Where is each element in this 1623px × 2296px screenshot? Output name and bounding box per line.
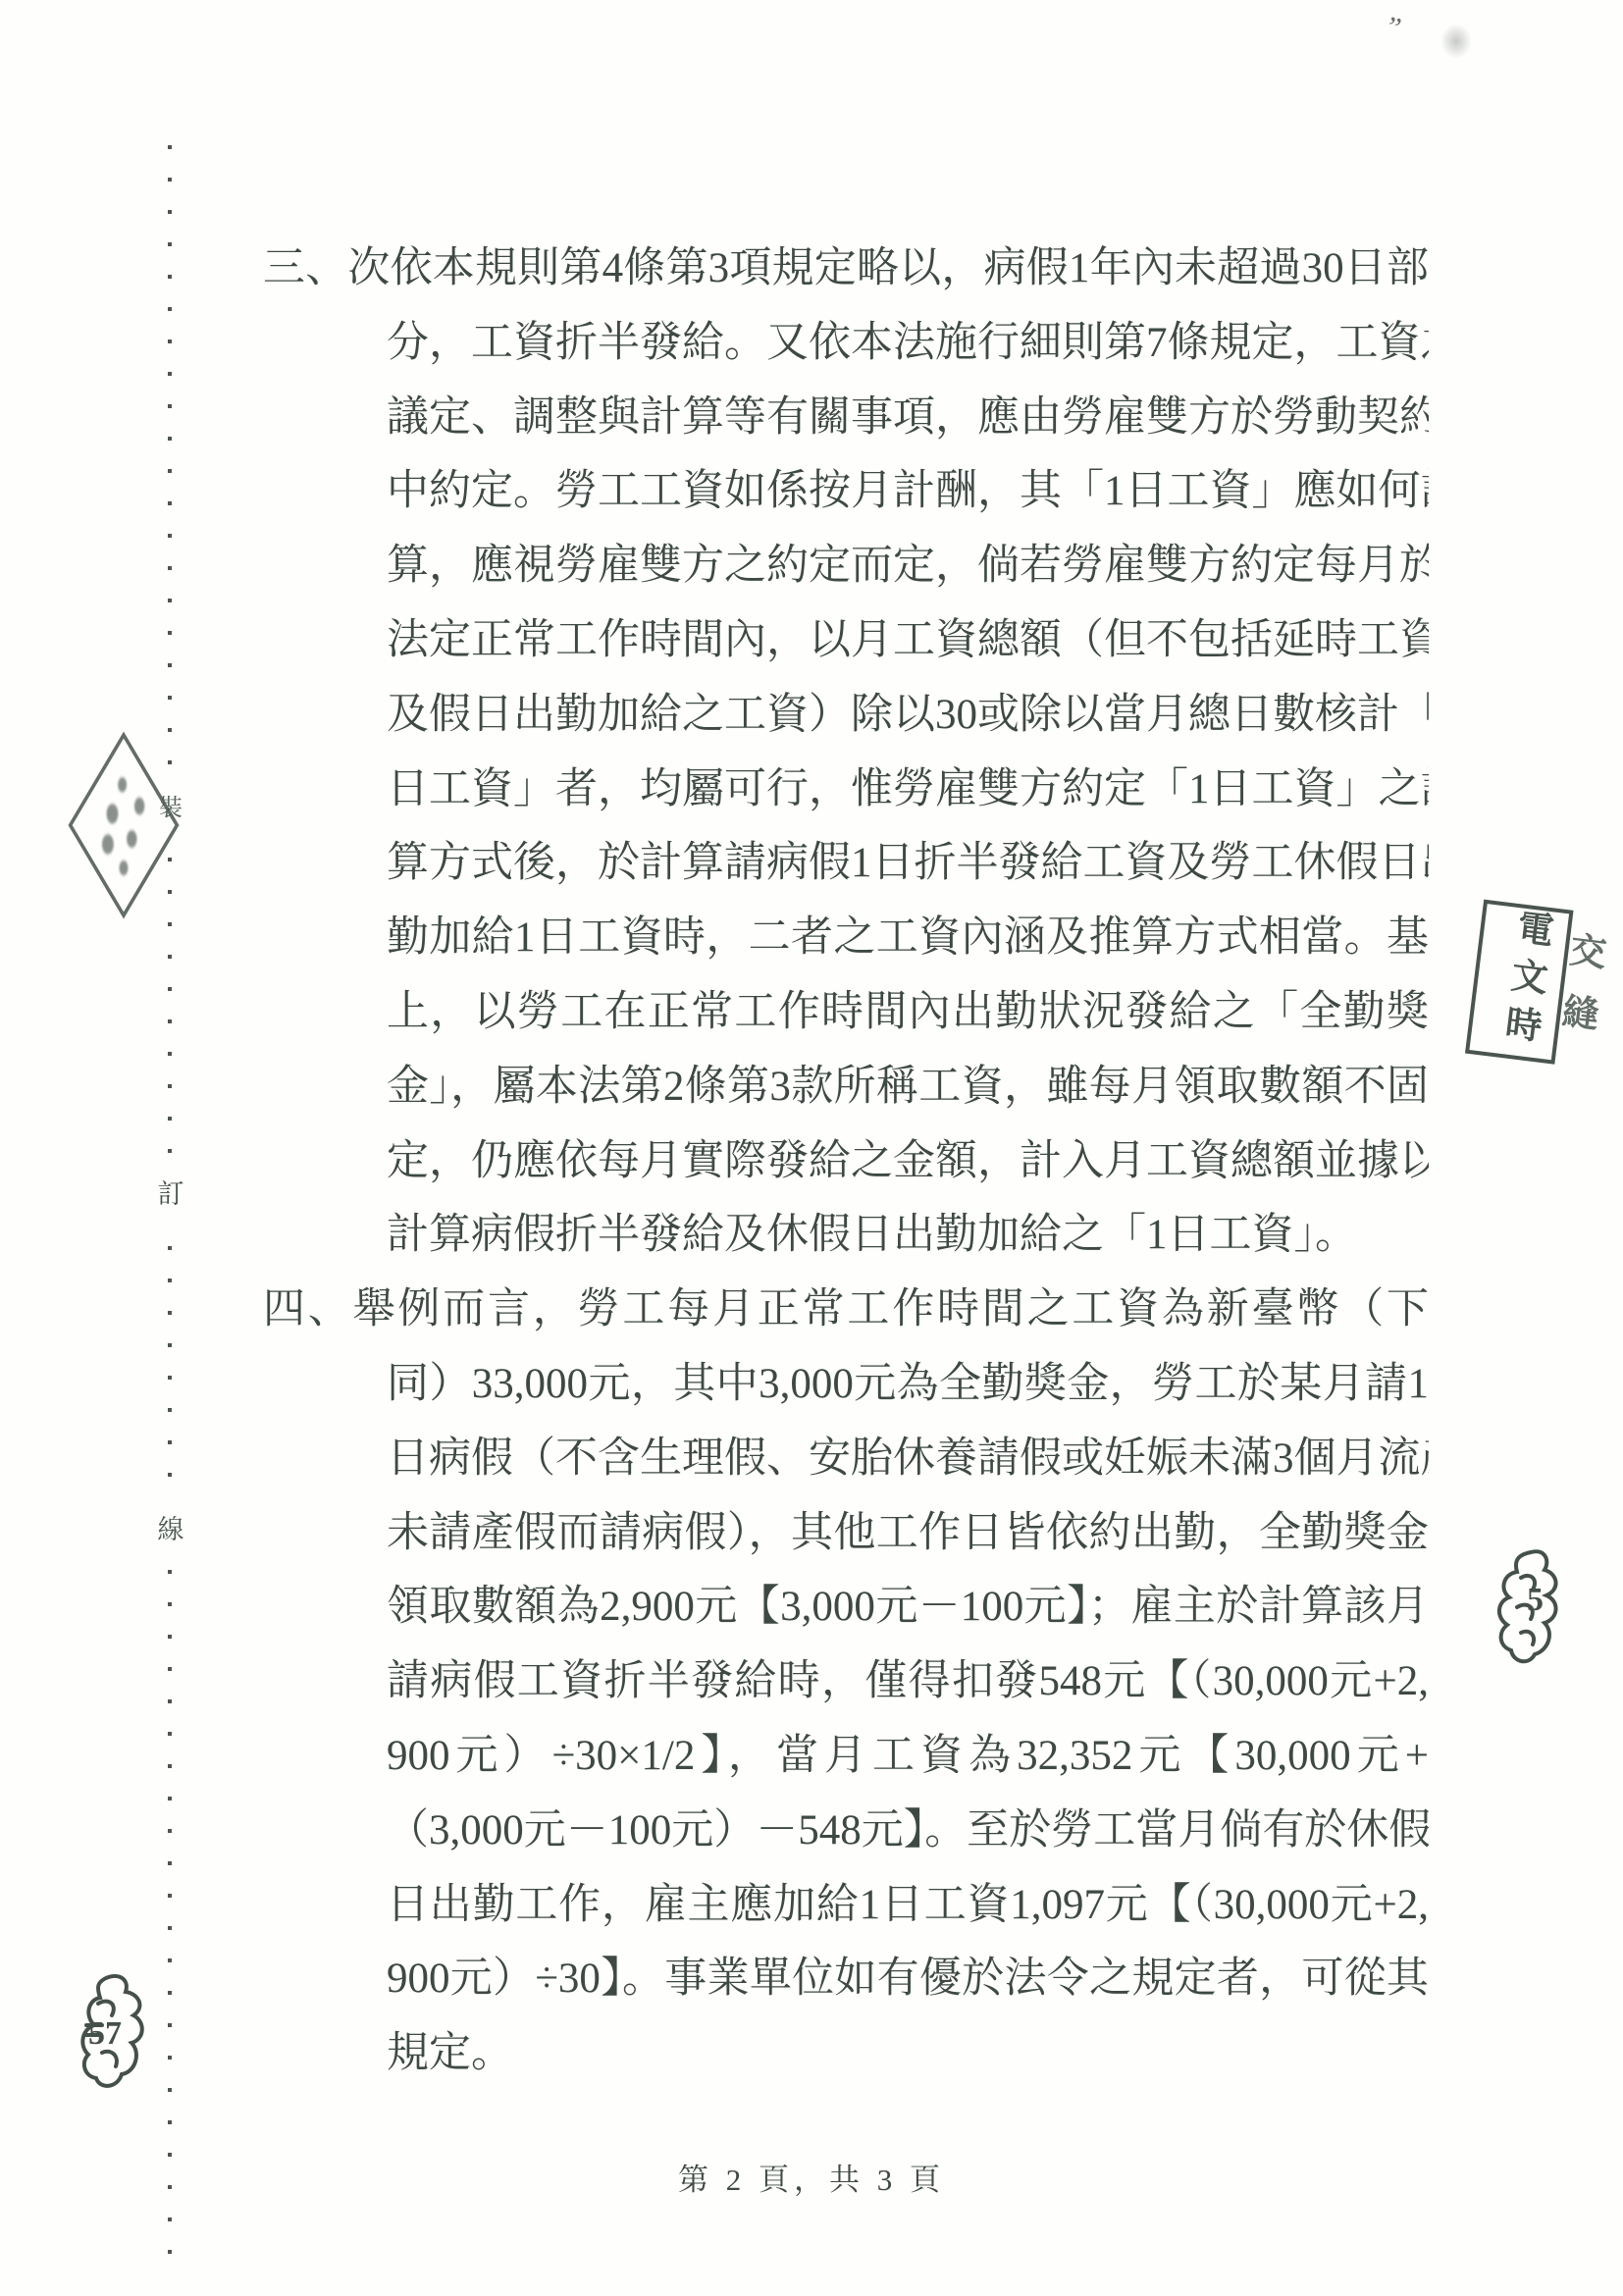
- corner-seal-stamp: [68, 732, 179, 919]
- text-line: 同）33,000元，其中3,000元為全勤獎金，勞工於某月請1: [263, 1347, 1429, 1422]
- text-line: 算方式後，於計算請病假1日折半發給工資及勞工休假日出: [263, 826, 1429, 901]
- text-line: 勤加給1日工資時，二者之工資內涵及推算方式相當。基: [263, 901, 1429, 975]
- binding-label-ding: 訂: [152, 1166, 189, 1218]
- joint-mark-number: 5: [1527, 1582, 1544, 1619]
- text-line: 規定。: [263, 2016, 1429, 2091]
- text-line: 四、舉例而言，勞工每月正常工作時間之工資為新臺幣（下: [263, 1273, 1429, 1347]
- text-line: 日工資」者，均屬可行，惟勞雇雙方約定「1日工資」之計: [263, 753, 1429, 827]
- text-line: 中約定。勞工工資如係按月計酬，其「1日工資」應如何計: [263, 454, 1429, 529]
- text-line: 議定、調整與計算等有關事項，應由勞雇雙方於勞動契約: [263, 381, 1429, 455]
- text-line: 上，以勞工在正常工作時間內出勤狀況發給之「全勤獎: [263, 975, 1429, 1050]
- exchange-time-stamp: 電文時 交縫: [1465, 900, 1611, 1071]
- text-line: 900元）÷30×1/2】，當月工資為32,352元【30,000元+: [263, 1719, 1429, 1794]
- scanned-document-page: 裝 訂 線 電文時 交縫 5: [0, 0, 1623, 2296]
- faint-smudge: [1440, 24, 1472, 59]
- faint-pen-mark: ”: [1385, 11, 1404, 46]
- document-body: 三、次依本規則第4條第3項規定略以，病假1年內未超過30日部分，工資折半發給。又…: [263, 232, 1429, 2091]
- text-line: 日出勤工作，雇主應加給1日工資1,097元【（30,000元+2,: [263, 1868, 1429, 1943]
- text-line: （3,000元－100元）－548元】。至於勞工當月倘有於休假: [263, 1794, 1429, 1868]
- page-number-footer: 第 2 頁，共 3 頁: [0, 2155, 1623, 2199]
- text-line: 法定正常工作時間內，以月工資總額（但不包括延時工資: [263, 603, 1429, 678]
- seal-ink-marks: [79, 749, 169, 902]
- binding-label-xian: 線: [152, 1501, 189, 1553]
- joint-mark-number: 57: [88, 2015, 122, 2053]
- page-joint-mark-left: 57: [77, 1970, 151, 2100]
- text-line: 及假日出勤加給之工資）除以30或除以當月總日數核計「1: [263, 678, 1429, 753]
- text-line: 分，工資折半發給。又依本法施行細則第7條規定，工資之: [263, 306, 1429, 381]
- text-line: 900元）÷30】。事業單位如有優於法令之規定者，可從其: [263, 1942, 1429, 2016]
- text-line: 計算病假折半發給及休假日出勤加給之「1日工資」。: [263, 1198, 1429, 1273]
- text-line: 請病假工資折半發給時，僅得扣發548元【（30,000元+2,: [263, 1644, 1429, 1719]
- text-line: 算，應視勞雇雙方之約定而定，倘若勞雇雙方約定每月於: [263, 529, 1429, 603]
- text-line: 金」，屬本法第2條第3款所稱工資，雖每月領取數額不固: [263, 1050, 1429, 1124]
- text-line: 日病假（不含生理假、安胎休養請假或妊娠未滿3個月流產: [263, 1422, 1429, 1496]
- text-line: 未請產假而請病假），其他工作日皆依約出勤，全勤獎金: [263, 1496, 1429, 1571]
- text-line: 定，仍應依每月實際發給之金額，計入月工資總額並據以: [263, 1124, 1429, 1199]
- text-line: 領取數額為2,900元【3,000元－100元】；雇主於計算該月: [263, 1570, 1429, 1644]
- text-line: 三、次依本規則第4條第3項規定略以，病假1年內未超過30日部: [263, 232, 1429, 306]
- page-joint-mark-right: 5: [1493, 1546, 1564, 1672]
